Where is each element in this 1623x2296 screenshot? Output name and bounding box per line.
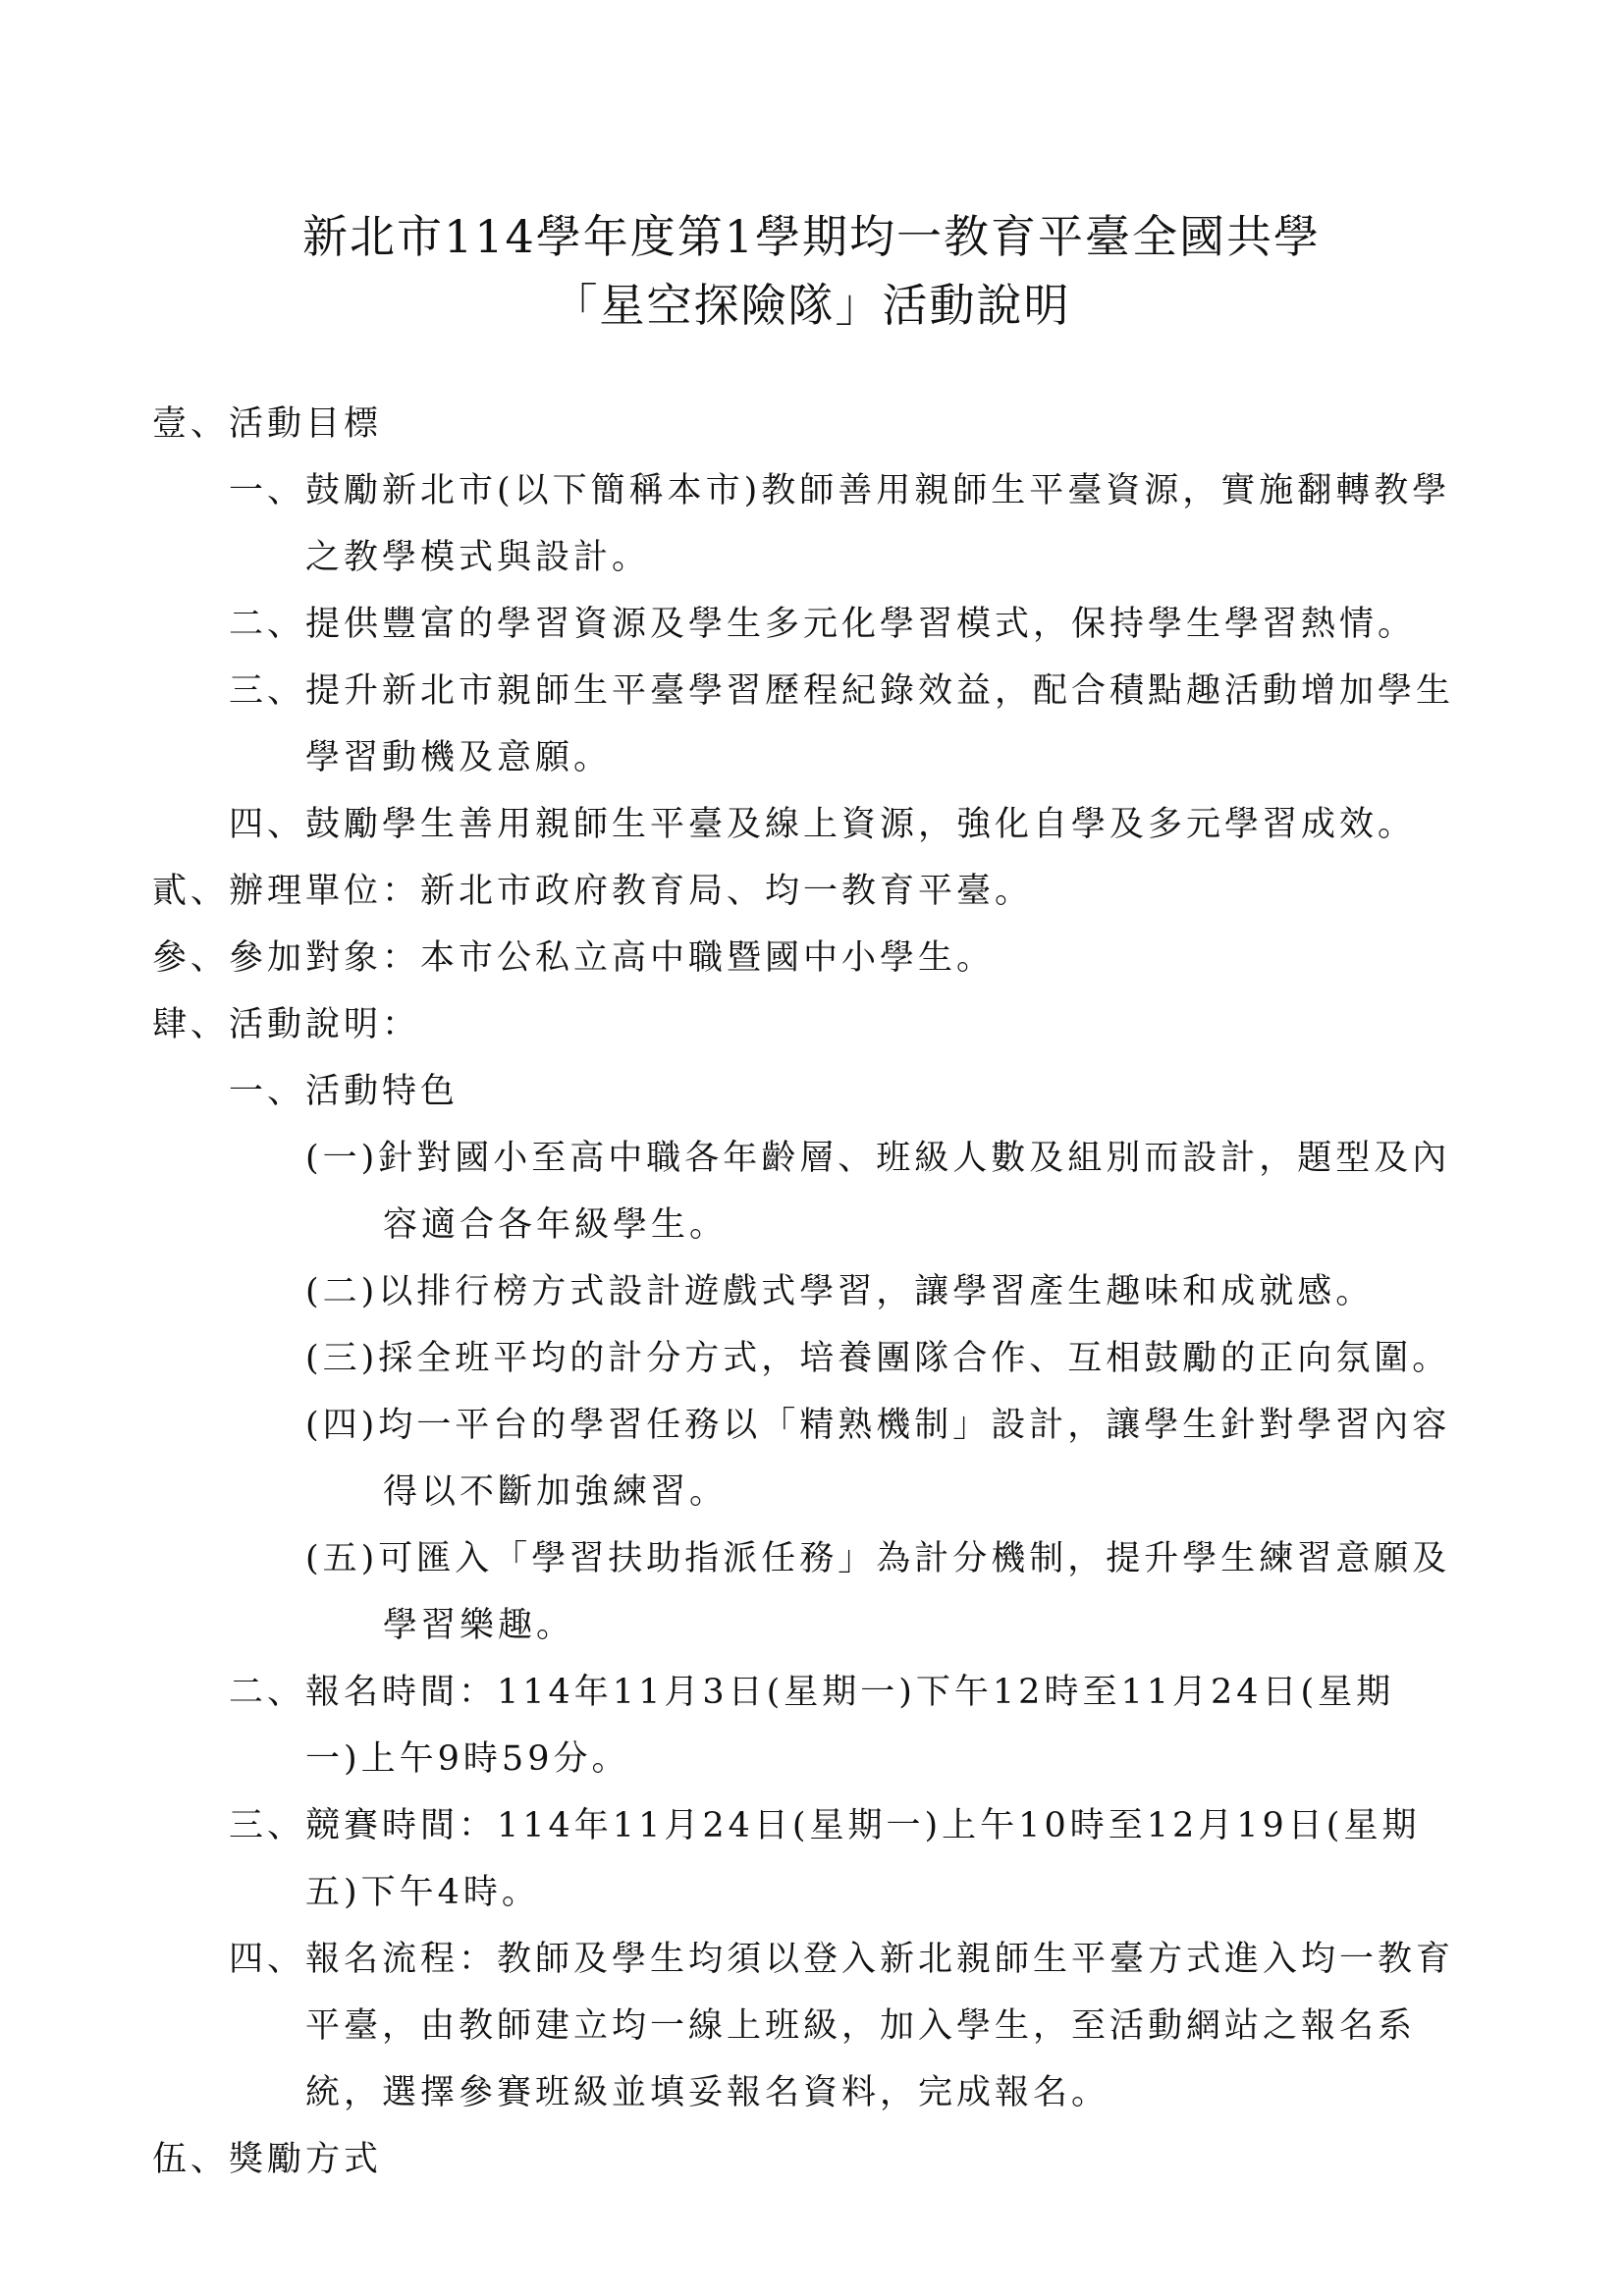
section-heading-participants: 參、參加對象：本市公私立高中職暨國中小學生。 — [152, 925, 1458, 991]
feature-item-3: (三)採全班平均的計分方式，培養團隊合作、互相鼓勵的正向氛圍。 — [152, 1325, 1458, 1392]
feature-item-4: (四)均一平台的學習任務以「精熟機制」設計，讓學生針對學習內容 — [152, 1392, 1458, 1459]
document-body: 壹、活動目標 一、鼓勵新北市(以下簡稱本市)教師善用親師生平臺資源，實施翻轉教學… — [152, 391, 1458, 2193]
registration-process-cont-1: 平臺，由教師建立均一線上班級，加入學生，至活動網站之報名系 — [152, 1993, 1458, 2059]
feature-item-4-cont: 得以不斷加強練習。 — [152, 1459, 1458, 1525]
goal-item-4: 四、鼓勵學生善用親師生平臺及線上資源，強化自學及多元學習成效。 — [152, 791, 1458, 858]
document-title-line-2: 「星空探險隊」活動說明 — [0, 271, 1623, 340]
goal-item-1-cont: 之教學模式與設計。 — [152, 524, 1458, 591]
section-heading-goals: 壹、活動目標 — [152, 391, 1458, 457]
section-heading-activity-description: 肆、活動說明： — [152, 991, 1458, 1058]
feature-item-1: (一)針對國小至高中職各年齡層、班級人數及組別而設計，題型及內 — [152, 1125, 1458, 1192]
section-heading-organizers: 貳、辦理單位：新北市政府教育局、均一教育平臺。 — [152, 858, 1458, 925]
section-heading-rewards: 伍、獎勵方式 — [152, 2126, 1458, 2193]
feature-item-5: (五)可匯入「學習扶助指派任務」為計分機制，提升學生練習意願及 — [152, 1525, 1458, 1592]
goal-item-3: 三、提升新北市親師生平臺學習歷程紀錄效益，配合積點趣活動增加學生 — [152, 658, 1458, 724]
registration-process: 四、報名流程：教師及學生均須以登入新北親師生平臺方式進入均一教育 — [152, 1926, 1458, 1993]
registration-process-cont-2: 統，選擇參賽班級並填妥報名資料，完成報名。 — [152, 2059, 1458, 2126]
feature-item-2: (二)以排行榜方式設計遊戲式學習，讓學習產生趣味和成就感。 — [152, 1258, 1458, 1325]
competition-period: 三、競賽時間：114年11月24日(星期一)上午10時至12月19日(星期 — [152, 1792, 1458, 1859]
registration-period: 二、報名時間：114年11月3日(星期一)下午12時至11月24日(星期 — [152, 1659, 1458, 1726]
feature-item-1-cont: 容適合各年級學生。 — [152, 1192, 1458, 1258]
document-page: 新北市114學年度第1學期均一教育平臺全國共學 「星空探險隊」活動說明 壹、活動… — [0, 0, 1623, 2296]
registration-period-cont: 一)上午9時59分。 — [152, 1726, 1458, 1792]
feature-item-5-cont: 學習樂趣。 — [152, 1592, 1458, 1659]
goal-item-3-cont: 學習動機及意願。 — [152, 724, 1458, 791]
competition-period-cont: 五)下午4時。 — [152, 1859, 1458, 1926]
document-title-line-1: 新北市114學年度第1學期均一教育平臺全國共學 — [0, 202, 1623, 271]
goal-item-1: 一、鼓勵新北市(以下簡稱本市)教師善用親師生平臺資源，實施翻轉教學 — [152, 457, 1458, 524]
goal-item-2: 二、提供豐富的學習資源及學生多元化學習模式，保持學生學習熱情。 — [152, 591, 1458, 658]
activity-features-heading: 一、活動特色 — [152, 1058, 1458, 1125]
